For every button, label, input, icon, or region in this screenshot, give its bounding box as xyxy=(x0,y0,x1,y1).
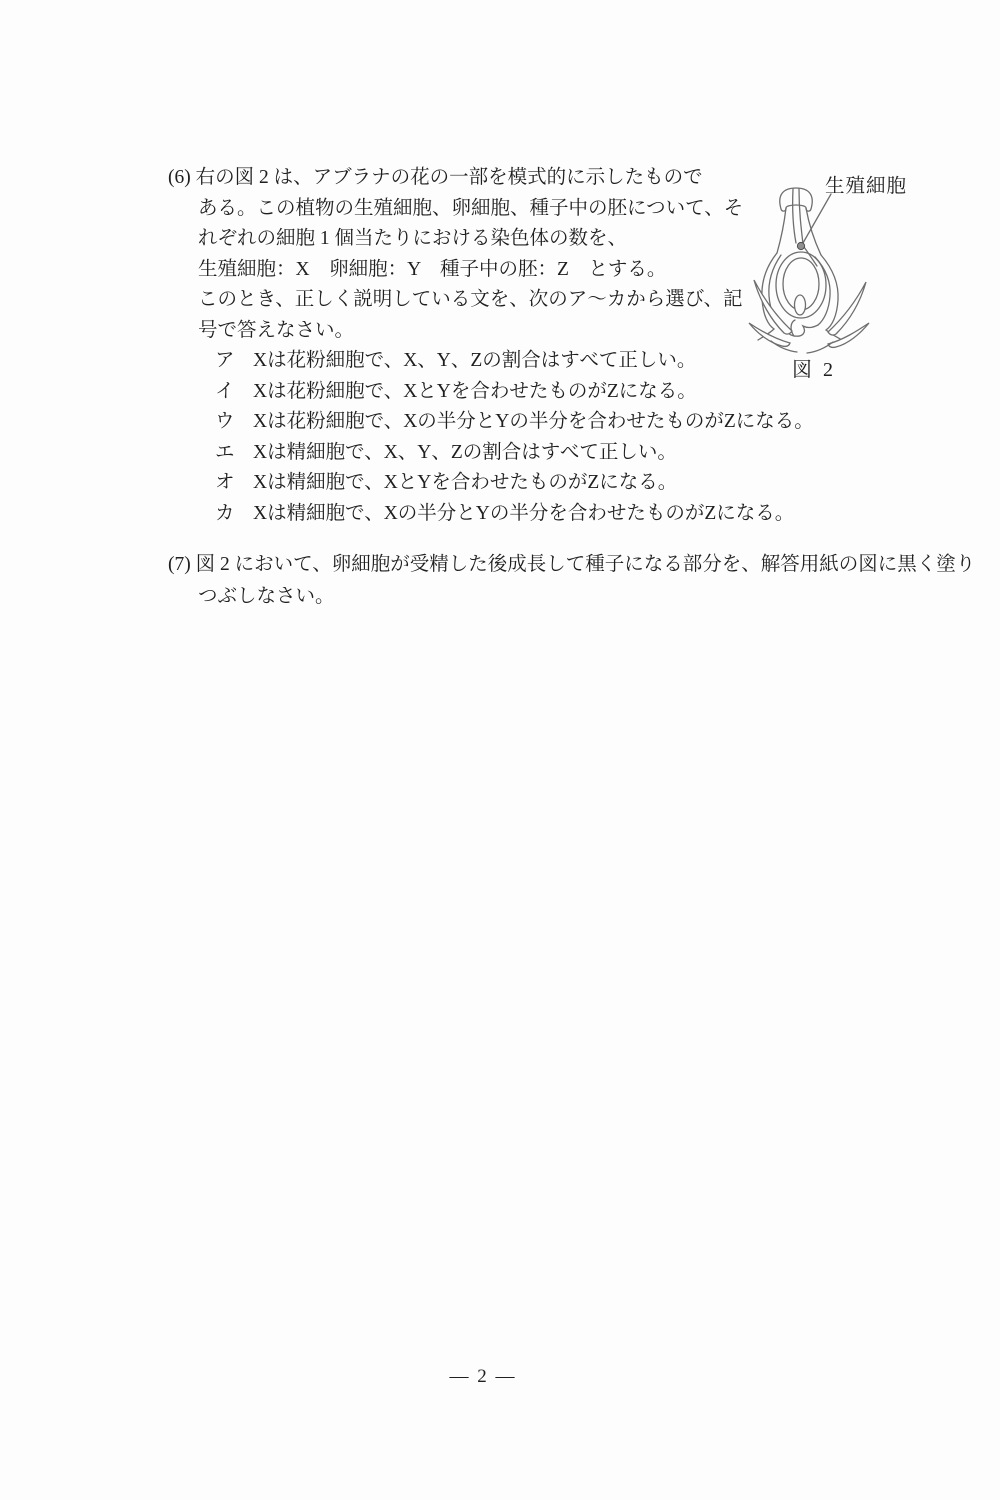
option-text: Xは花粉細胞で、Xの半分とYの半分を合わせたものがZになる。 xyxy=(253,407,814,438)
option-marker: ア xyxy=(215,346,253,377)
option-text: Xは花粉細胞で、XとYを合わせたものがZになる。 xyxy=(253,377,697,408)
stigma xyxy=(780,188,812,211)
question-7: (7) 図 2 において、卵細胞が受精した後成長して種子になる部分を、解答用紙の… xyxy=(168,549,968,612)
option-text: Xは花粉細胞で、X、Y、Zの割合はすべて正しい。 xyxy=(253,346,696,377)
option-marker: エ xyxy=(215,438,253,469)
option-text: Xは精細胞で、Xの半分とYの半分を合わせたものがZになる。 xyxy=(253,499,794,530)
sepal-left-upper xyxy=(754,280,792,334)
option-text: Xは精細胞で、X、Y、Zの割合はすべて正しい。 xyxy=(253,438,677,469)
option-e: エ Xは精細胞で、X、Y、Zの割合はすべて正しい。 xyxy=(168,438,868,469)
page-number: ― 2 ― xyxy=(0,1366,966,1388)
option-marker: イ xyxy=(215,377,253,408)
ovary-base-hook xyxy=(795,325,818,336)
option-marker: オ xyxy=(215,468,253,499)
option-ka: カ Xは精細胞で、Xの半分とYの半分を合わせたものがZになる。 xyxy=(168,499,868,530)
figure-2-label: 生殖細胞 xyxy=(825,170,907,198)
option-o: オ Xは精細胞で、XとYを合わせたものがZになる。 xyxy=(168,468,868,499)
option-u: ウ Xは花粉細胞で、Xの半分とYの半分を合わせたものがZになる。 xyxy=(168,407,868,438)
sepal-right-upper xyxy=(828,282,866,335)
exam-page: { "colors": { "text": "#1f1f1f", "figure… xyxy=(0,0,1000,1500)
option-text: Xは精細胞で、XとYを合わせたものがZになる。 xyxy=(253,468,677,499)
option-marker: カ xyxy=(215,499,253,530)
figure-2-caption: 図 2 xyxy=(792,353,836,382)
egg-cell xyxy=(795,295,806,315)
option-marker: ウ xyxy=(215,407,253,438)
style-wall xyxy=(777,208,786,253)
reproductive-cell-dot xyxy=(797,242,804,249)
question-7-line: (7) 図 2 において、卵細胞が受精した後成長して種子になる部分を、解答用紙の… xyxy=(168,549,968,581)
question-7-line: つぶしなさい。 xyxy=(198,581,968,613)
